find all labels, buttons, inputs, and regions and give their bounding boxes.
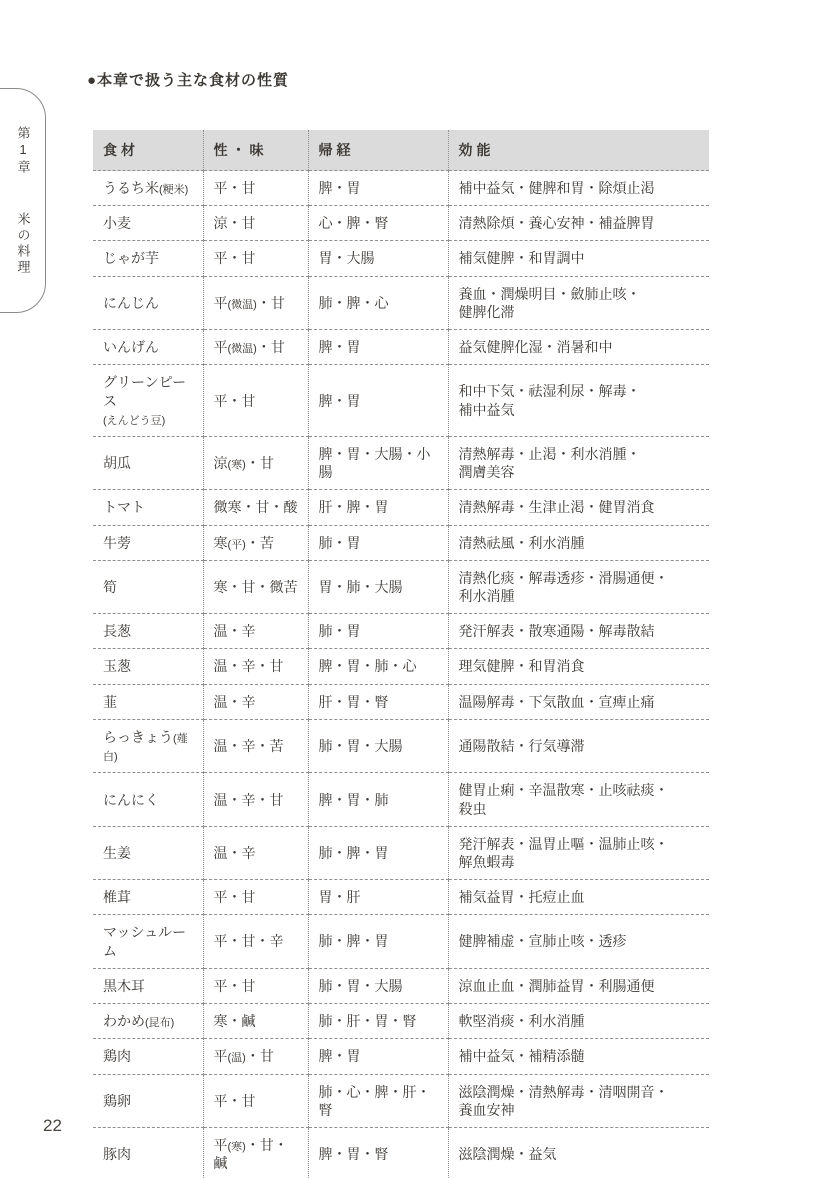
- cell-ingredient: 胡瓜: [93, 437, 203, 490]
- table-row: 鶏卵平・甘肺・心・脾・肝・腎滋陰潤燥・清熱解毒・清咽開音・ 養血安神: [93, 1074, 709, 1127]
- cell-nature: 平・甘: [203, 1074, 308, 1127]
- cell-meridian: 脾・胃・肺・心: [308, 649, 448, 684]
- cell-effects: 清熱解毒・止渇・利水消腫・ 潤膚美容: [448, 437, 709, 490]
- table-row: じゃが芋平・甘胃・大腸補気健脾・和胃調中: [93, 241, 709, 276]
- cell-ingredient: 生姜: [93, 826, 203, 879]
- food-properties-table-wrap: 食材 性・味 帰経 効能 うるち米(粳米)平・甘脾・胃補中益気・健脾和胃・除煩止…: [93, 130, 709, 1178]
- cell-ingredient: グリーンピース (えんどう豆): [93, 365, 203, 437]
- cell-meridian: 脾・胃: [308, 171, 448, 206]
- cell-nature: 涼・甘: [203, 206, 308, 241]
- cell-nature: 微寒・甘・酸: [203, 490, 308, 525]
- chapter-label: 第1章: [16, 126, 31, 176]
- table-row: 黒木耳平・甘肺・胃・大腸涼血止血・潤肺益胃・利腸通便: [93, 968, 709, 1003]
- cell-nature: 温・辛: [203, 614, 308, 649]
- cell-effects: 補気益胃・托痘止血: [448, 880, 709, 915]
- table-row: 鶏肉平(温)・甘脾・胃補中益気・補精添髄: [93, 1039, 709, 1074]
- cell-effects: 滋陰潤燥・益気: [448, 1127, 709, 1178]
- table-row: にんじん平(微温)・甘肺・脾・心養血・潤燥明目・斂肺止咳・ 健脾化滞: [93, 276, 709, 329]
- cell-effects: 補中益気・健脾和胃・除煩止渇: [448, 171, 709, 206]
- cell-effects: 補気健脾・和胃調中: [448, 241, 709, 276]
- cell-ingredient: うるち米(粳米): [93, 171, 203, 206]
- cell-nature: 温・辛: [203, 826, 308, 879]
- cell-ingredient: 牛蒡: [93, 525, 203, 560]
- cell-meridian: 脾・胃: [308, 365, 448, 437]
- cell-ingredient: じゃが芋: [93, 241, 203, 276]
- cell-nature: 平・甘: [203, 365, 308, 437]
- table-row: 筍寒・甘・微苦胃・肺・大腸清熱化痰・解毒透疹・滑腸通便・ 利水消腫: [93, 560, 709, 613]
- table-row: にんにく温・辛・甘脾・胃・肺健胃止痢・辛温散寒・止咳祛痰・ 殺虫: [93, 773, 709, 826]
- cell-ingredient: 長葱: [93, 614, 203, 649]
- cell-meridian: 肺・胃: [308, 525, 448, 560]
- table-row: いんげん平(微温)・甘脾・胃益気健脾化湿・消暑和中: [93, 330, 709, 365]
- section-label: 米の料理: [16, 212, 31, 276]
- cell-meridian: 肺・心・脾・肝・腎: [308, 1074, 448, 1127]
- cell-nature: 温・辛・甘: [203, 649, 308, 684]
- chapter-tab: 第1章 米の料理: [0, 88, 46, 313]
- table-row: 玉葱温・辛・甘脾・胃・肺・心理気健脾・和胃消食: [93, 649, 709, 684]
- cell-meridian: 脾・胃: [308, 1039, 448, 1074]
- cell-nature: 寒・鹹: [203, 1003, 308, 1038]
- table-row: 牛蒡寒(平)・苦肺・胃清熱祛風・利水消腫: [93, 525, 709, 560]
- cell-ingredient: わかめ(昆布): [93, 1003, 203, 1038]
- cell-meridian: 脾・胃・腎: [308, 1127, 448, 1178]
- cell-meridian: 肺・胃・大腸: [308, 968, 448, 1003]
- cell-ingredient: 椎茸: [93, 880, 203, 915]
- cell-meridian: 肝・胃・腎: [308, 684, 448, 719]
- cell-effects: 健脾補虚・宣肺止咳・透疹: [448, 915, 709, 968]
- table-row: 椎茸平・甘胃・肝補気益胃・托痘止血: [93, 880, 709, 915]
- cell-nature: 平(微温)・甘: [203, 276, 308, 329]
- table-row: 韮温・辛肝・胃・腎温陽解毒・下気散血・宣痺止痛: [93, 684, 709, 719]
- cell-nature: 涼(寒)・甘: [203, 437, 308, 490]
- cell-meridian: 肺・胃: [308, 614, 448, 649]
- table-header-row: 食材 性・味 帰経 効能: [93, 130, 709, 171]
- table-row: 豚肉平(寒)・甘・ 鹹脾・胃・腎滋陰潤燥・益気: [93, 1127, 709, 1178]
- table-row: わかめ(昆布)寒・鹹肺・肝・胃・腎軟堅消痰・利水消腫: [93, 1003, 709, 1038]
- cell-nature: 平・甘・辛: [203, 915, 308, 968]
- cell-effects: 補中益気・補精添髄: [448, 1039, 709, 1074]
- cell-nature: 平(微温)・甘: [203, 330, 308, 365]
- cell-ingredient: 豚肉: [93, 1127, 203, 1178]
- cell-effects: 清熱化痰・解毒透疹・滑腸通便・ 利水消腫: [448, 560, 709, 613]
- cell-nature: 温・辛・苦: [203, 719, 308, 773]
- chapter-tab-text: 第1章 米の料理: [17, 126, 30, 276]
- cell-effects: 清熱祛風・利水消腫: [448, 525, 709, 560]
- table-row: 生姜温・辛肺・脾・胃発汗解表・温胃止嘔・温肺止咳・ 解魚蝦毒: [93, 826, 709, 879]
- cell-effects: 軟堅消痰・利水消腫: [448, 1003, 709, 1038]
- cell-meridian: 肺・胃・大腸: [308, 719, 448, 773]
- cell-nature: 平・甘: [203, 241, 308, 276]
- cell-meridian: 胃・肝: [308, 880, 448, 915]
- cell-effects: 滋陰潤燥・清熱解毒・清咽開音・ 養血安神: [448, 1074, 709, 1127]
- cell-ingredient: 黒木耳: [93, 968, 203, 1003]
- cell-ingredient: にんにく: [93, 773, 203, 826]
- page-number: 22: [43, 1116, 62, 1136]
- cell-nature: 平(温)・甘: [203, 1039, 308, 1074]
- cell-meridian: 心・脾・腎: [308, 206, 448, 241]
- cell-effects: 発汗解表・散寒通陽・解毒散結: [448, 614, 709, 649]
- cell-meridian: 肺・脾・胃: [308, 826, 448, 879]
- cell-ingredient: にんじん: [93, 276, 203, 329]
- cell-meridian: 肺・脾・胃: [308, 915, 448, 968]
- cell-effects: 益気健脾化湿・消暑和中: [448, 330, 709, 365]
- cell-ingredient: 韮: [93, 684, 203, 719]
- cell-effects: 涼血止血・潤肺益胃・利腸通便: [448, 968, 709, 1003]
- cell-effects: 和中下気・祛湿利尿・解毒・ 補中益気: [448, 365, 709, 437]
- cell-nature: 温・辛・甘: [203, 773, 308, 826]
- col-header-meridian: 帰経: [308, 130, 448, 171]
- cell-effects: 清熱解毒・生津止渇・健胃消食: [448, 490, 709, 525]
- cell-ingredient: 小麦: [93, 206, 203, 241]
- cell-ingredient: らっきょう(薤白): [93, 719, 203, 773]
- cell-ingredient: 鶏肉: [93, 1039, 203, 1074]
- cell-meridian: 胃・大腸: [308, 241, 448, 276]
- cell-effects: 清熱除煩・養心安神・補益脾胃: [448, 206, 709, 241]
- cell-ingredient: 玉葱: [93, 649, 203, 684]
- cell-effects: 通陽散結・行気導滞: [448, 719, 709, 773]
- cell-effects: 温陽解毒・下気散血・宣痺止痛: [448, 684, 709, 719]
- col-header-nature-taste: 性・味: [203, 130, 308, 171]
- cell-effects: 発汗解表・温胃止嘔・温肺止咳・ 解魚蝦毒: [448, 826, 709, 879]
- cell-effects: 健胃止痢・辛温散寒・止咳祛痰・ 殺虫: [448, 773, 709, 826]
- cell-meridian: 脾・胃・大腸・小腸: [308, 437, 448, 490]
- col-header-effects: 効能: [448, 130, 709, 171]
- table-row: マッシュルーム平・甘・辛肺・脾・胃健脾補虚・宣肺止咳・透疹: [93, 915, 709, 968]
- table-row: グリーンピース (えんどう豆)平・甘脾・胃和中下気・祛湿利尿・解毒・ 補中益気: [93, 365, 709, 437]
- cell-ingredient: マッシュルーム: [93, 915, 203, 968]
- cell-ingredient: 筍: [93, 560, 203, 613]
- table-row: らっきょう(薤白)温・辛・苦肺・胃・大腸通陽散結・行気導滞: [93, 719, 709, 773]
- col-header-ingredient: 食材: [93, 130, 203, 171]
- cell-ingredient: トマト: [93, 490, 203, 525]
- food-properties-table: 食材 性・味 帰経 効能 うるち米(粳米)平・甘脾・胃補中益気・健脾和胃・除煩止…: [93, 130, 709, 1178]
- cell-nature: 温・辛: [203, 684, 308, 719]
- page-title: ●本章で扱う主な食材の性質: [87, 69, 289, 90]
- cell-nature: 寒(平)・苦: [203, 525, 308, 560]
- cell-meridian: 脾・胃・肺: [308, 773, 448, 826]
- cell-ingredient: 鶏卵: [93, 1074, 203, 1127]
- cell-ingredient: いんげん: [93, 330, 203, 365]
- cell-effects: 養血・潤燥明目・斂肺止咳・ 健脾化滞: [448, 276, 709, 329]
- table-row: 長葱温・辛肺・胃発汗解表・散寒通陽・解毒散結: [93, 614, 709, 649]
- cell-nature: 平・甘: [203, 968, 308, 1003]
- cell-nature: 平・甘: [203, 171, 308, 206]
- cell-nature: 平(寒)・甘・ 鹹: [203, 1127, 308, 1178]
- table-row: 小麦涼・甘心・脾・腎清熱除煩・養心安神・補益脾胃: [93, 206, 709, 241]
- cell-nature: 寒・甘・微苦: [203, 560, 308, 613]
- cell-meridian: 肝・脾・胃: [308, 490, 448, 525]
- cell-effects: 理気健脾・和胃消食: [448, 649, 709, 684]
- cell-nature: 平・甘: [203, 880, 308, 915]
- cell-meridian: 肺・肝・胃・腎: [308, 1003, 448, 1038]
- cell-meridian: 胃・肺・大腸: [308, 560, 448, 613]
- table-row: うるち米(粳米)平・甘脾・胃補中益気・健脾和胃・除煩止渇: [93, 171, 709, 206]
- table-row: 胡瓜涼(寒)・甘脾・胃・大腸・小腸清熱解毒・止渇・利水消腫・ 潤膚美容: [93, 437, 709, 490]
- table-row: トマト微寒・甘・酸肝・脾・胃清熱解毒・生津止渇・健胃消食: [93, 490, 709, 525]
- cell-meridian: 肺・脾・心: [308, 276, 448, 329]
- cell-meridian: 脾・胃: [308, 330, 448, 365]
